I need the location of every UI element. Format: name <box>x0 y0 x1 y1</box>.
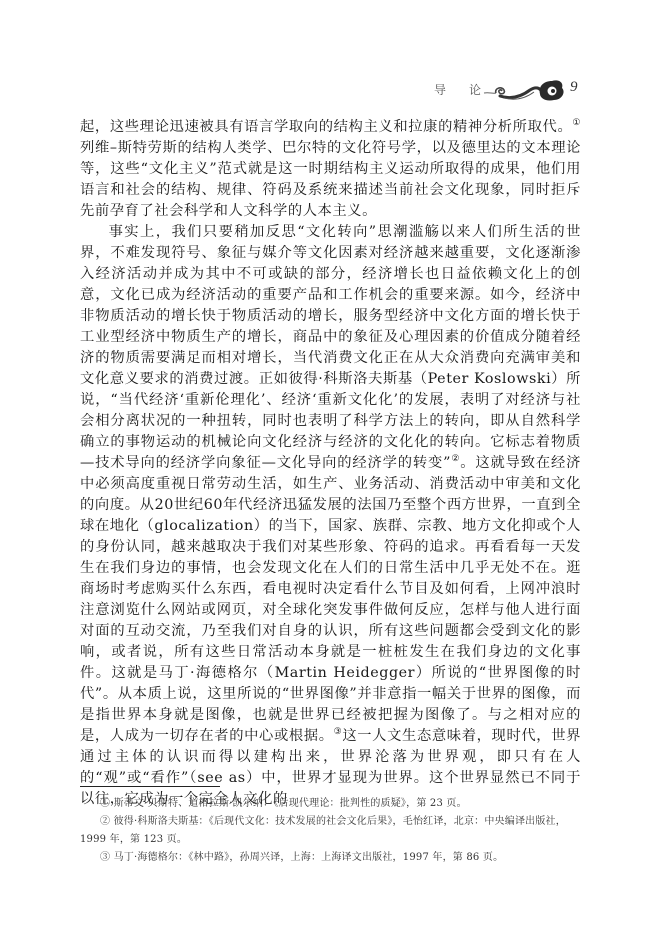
footnote-1: ① 斯蒂文·贝斯特、道格拉斯·凯尔纳：《后现代理论：批判性的质疑》，第 23 页… <box>80 795 585 813</box>
footnote-3: ③ 马丁·海德格尔：《林中路》，孙周兴译，上海：上海译文出版社，1997 年，第… <box>80 849 585 867</box>
footnotes: ① 斯蒂文·贝斯特、道格拉斯·凯尔纳：《后现代理论：批判性的质疑》，第 23 页… <box>80 795 585 867</box>
body-text: 起，这些理论迅速被具有语言学取向的结构主义和拉康的精神分析所取代。①列维–斯特劳… <box>80 117 581 810</box>
paragraph-1: 起，这些理论迅速被具有语言学取向的结构主义和拉康的精神分析所取代。①列维–斯特劳… <box>80 117 581 222</box>
running-header: 导 论 9 <box>0 76 661 106</box>
footnote-divider <box>80 786 220 787</box>
paragraph-2-text-a: 事实上，我们只要稍加反思“文化转向”思潮滥觞以来人们所生活的世界，不难发现符号、… <box>80 224 581 471</box>
footnote-2: ② 彼得·科斯洛夫斯基：《后现代文化：技术发展的社会文化后果》，毛怡红译，北京：… <box>80 813 585 849</box>
footnote-ref-1[interactable]: ① <box>572 118 581 128</box>
page-number: 9 <box>570 79 578 96</box>
header-section-char-2: 论 <box>469 81 481 98</box>
cloud-scroll-ornament-icon <box>482 76 582 106</box>
paragraph-1-text-b: 列维–斯特劳斯的结构人类学、巴尔特的文化符号学，以及德里达的文本理论等，这些“文… <box>80 140 581 219</box>
footnote-ref-2[interactable]: ② <box>451 454 460 464</box>
paragraph-2-text-b: 。这就导致在经济中必须高度重视日常劳动生活，如生产、业务活动、消费活动中审美和文… <box>80 455 581 744</box>
paragraph-1-text-a: 起，这些理论迅速被具有语言学取向的结构主义和拉康的精神分析所取代。 <box>80 119 572 135</box>
paragraph-2: 事实上，我们只要稍加反思“文化转向”思潮滥觞以来人们所生活的世界，不难发现符号、… <box>80 222 581 810</box>
header-section-char-1: 导 <box>434 81 446 98</box>
